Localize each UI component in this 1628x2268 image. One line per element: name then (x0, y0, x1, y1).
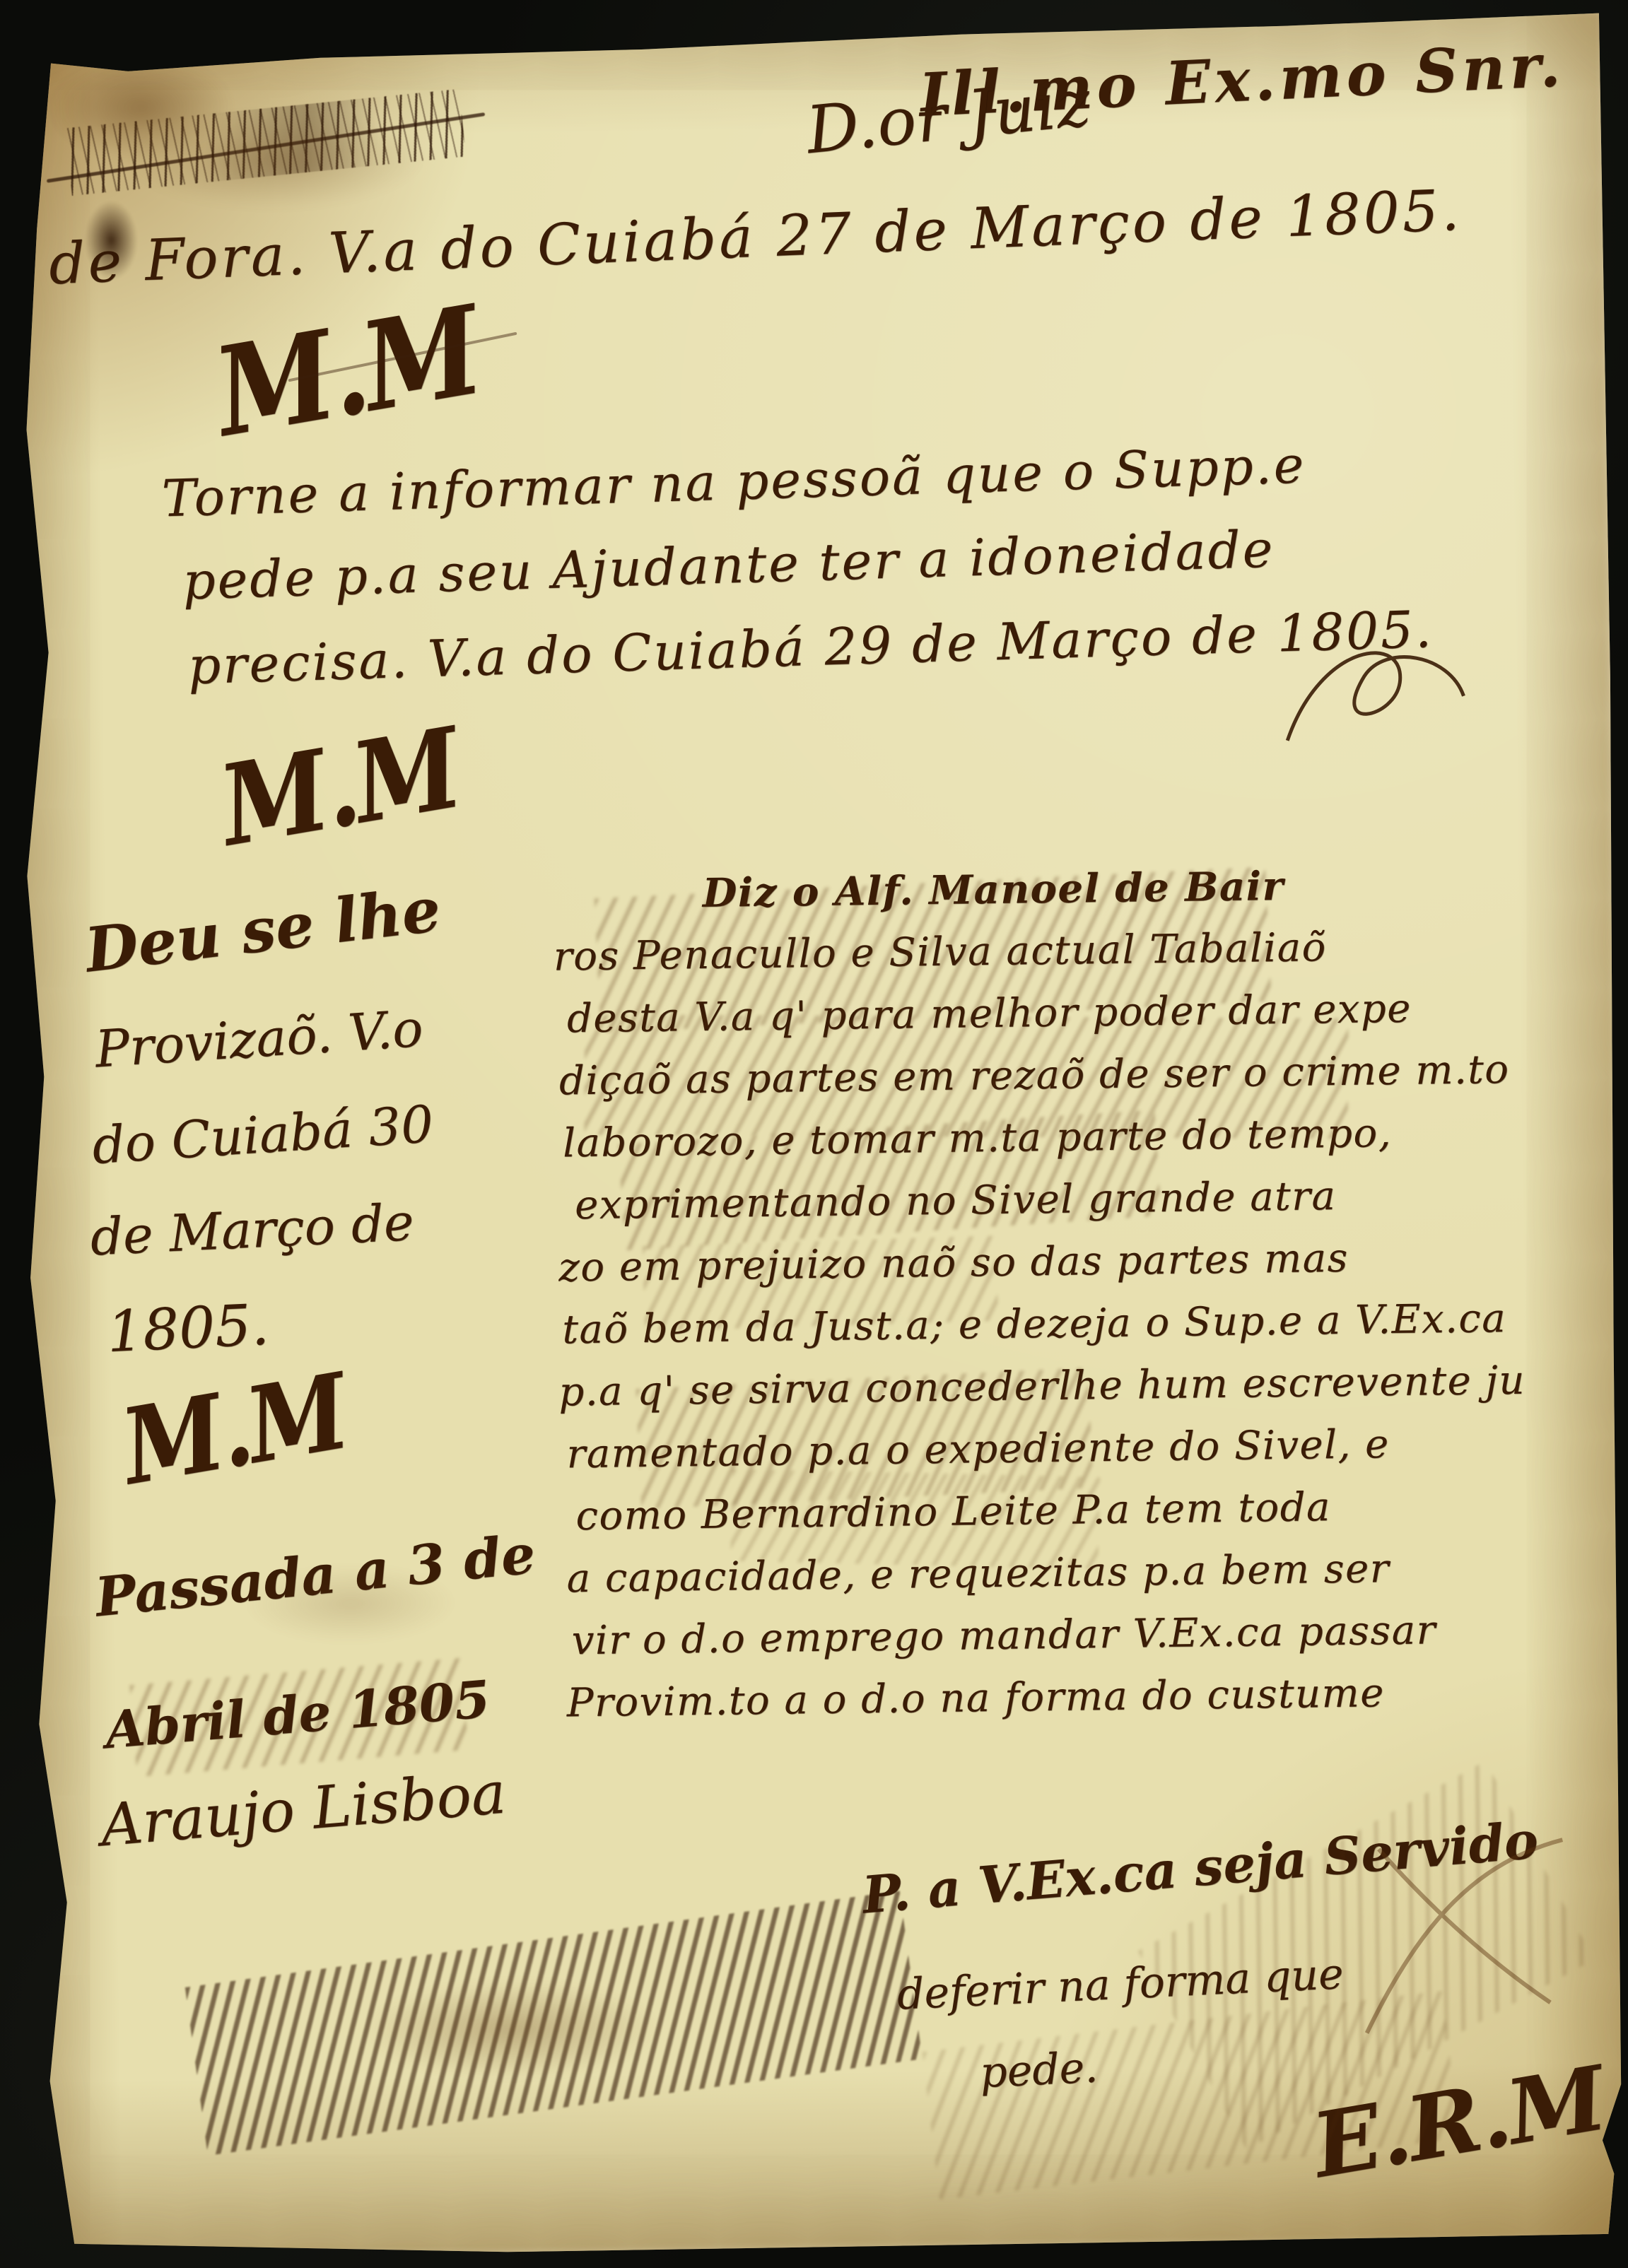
despatch2-line: pede p.a seu Ajudante ter a idoneidade (182, 519, 1275, 611)
ink-smudge (643, 1236, 998, 1332)
despatch2-line: Torne a informar na pessoã que o Supp.e (161, 435, 1306, 528)
margin-provision-line: de Março de (89, 1192, 415, 1267)
paper-sheet: Ill.mo Ex.mo Snr. D.or Juiz de Fora. V.a… (0, 8, 1628, 2260)
pen-flourish (1272, 632, 1485, 762)
ink-smudge (730, 1469, 1100, 1569)
rubric-monogram: M.M (211, 703, 468, 871)
rubric-monogram: M.M (114, 1351, 354, 1508)
rubric-monogram: M.M (205, 279, 488, 464)
petition-line: Provim.to a o d.o na forma do custume (566, 1660, 1595, 1735)
margin-provision-line: Deu se lhe (81, 874, 444, 986)
ink-blot (85, 201, 138, 281)
ink-smudge (129, 1658, 468, 1777)
document-photo: { "photo": { "backdrop_color": "#0b0c09"… (0, 0, 1628, 2268)
despatch2-line: precisa. V.a do Cuiabá 29 de Março de 18… (187, 599, 1434, 695)
margin-provision-line: 1805. (105, 1292, 270, 1365)
margin-provision-line: do Cuiabá 30 (90, 1094, 435, 1175)
despatch1-line1: D.or Juiz (803, 65, 1094, 168)
margin-provision-line: Provizaõ. V.o (93, 999, 425, 1079)
ink-smudge (585, 1015, 1349, 1139)
